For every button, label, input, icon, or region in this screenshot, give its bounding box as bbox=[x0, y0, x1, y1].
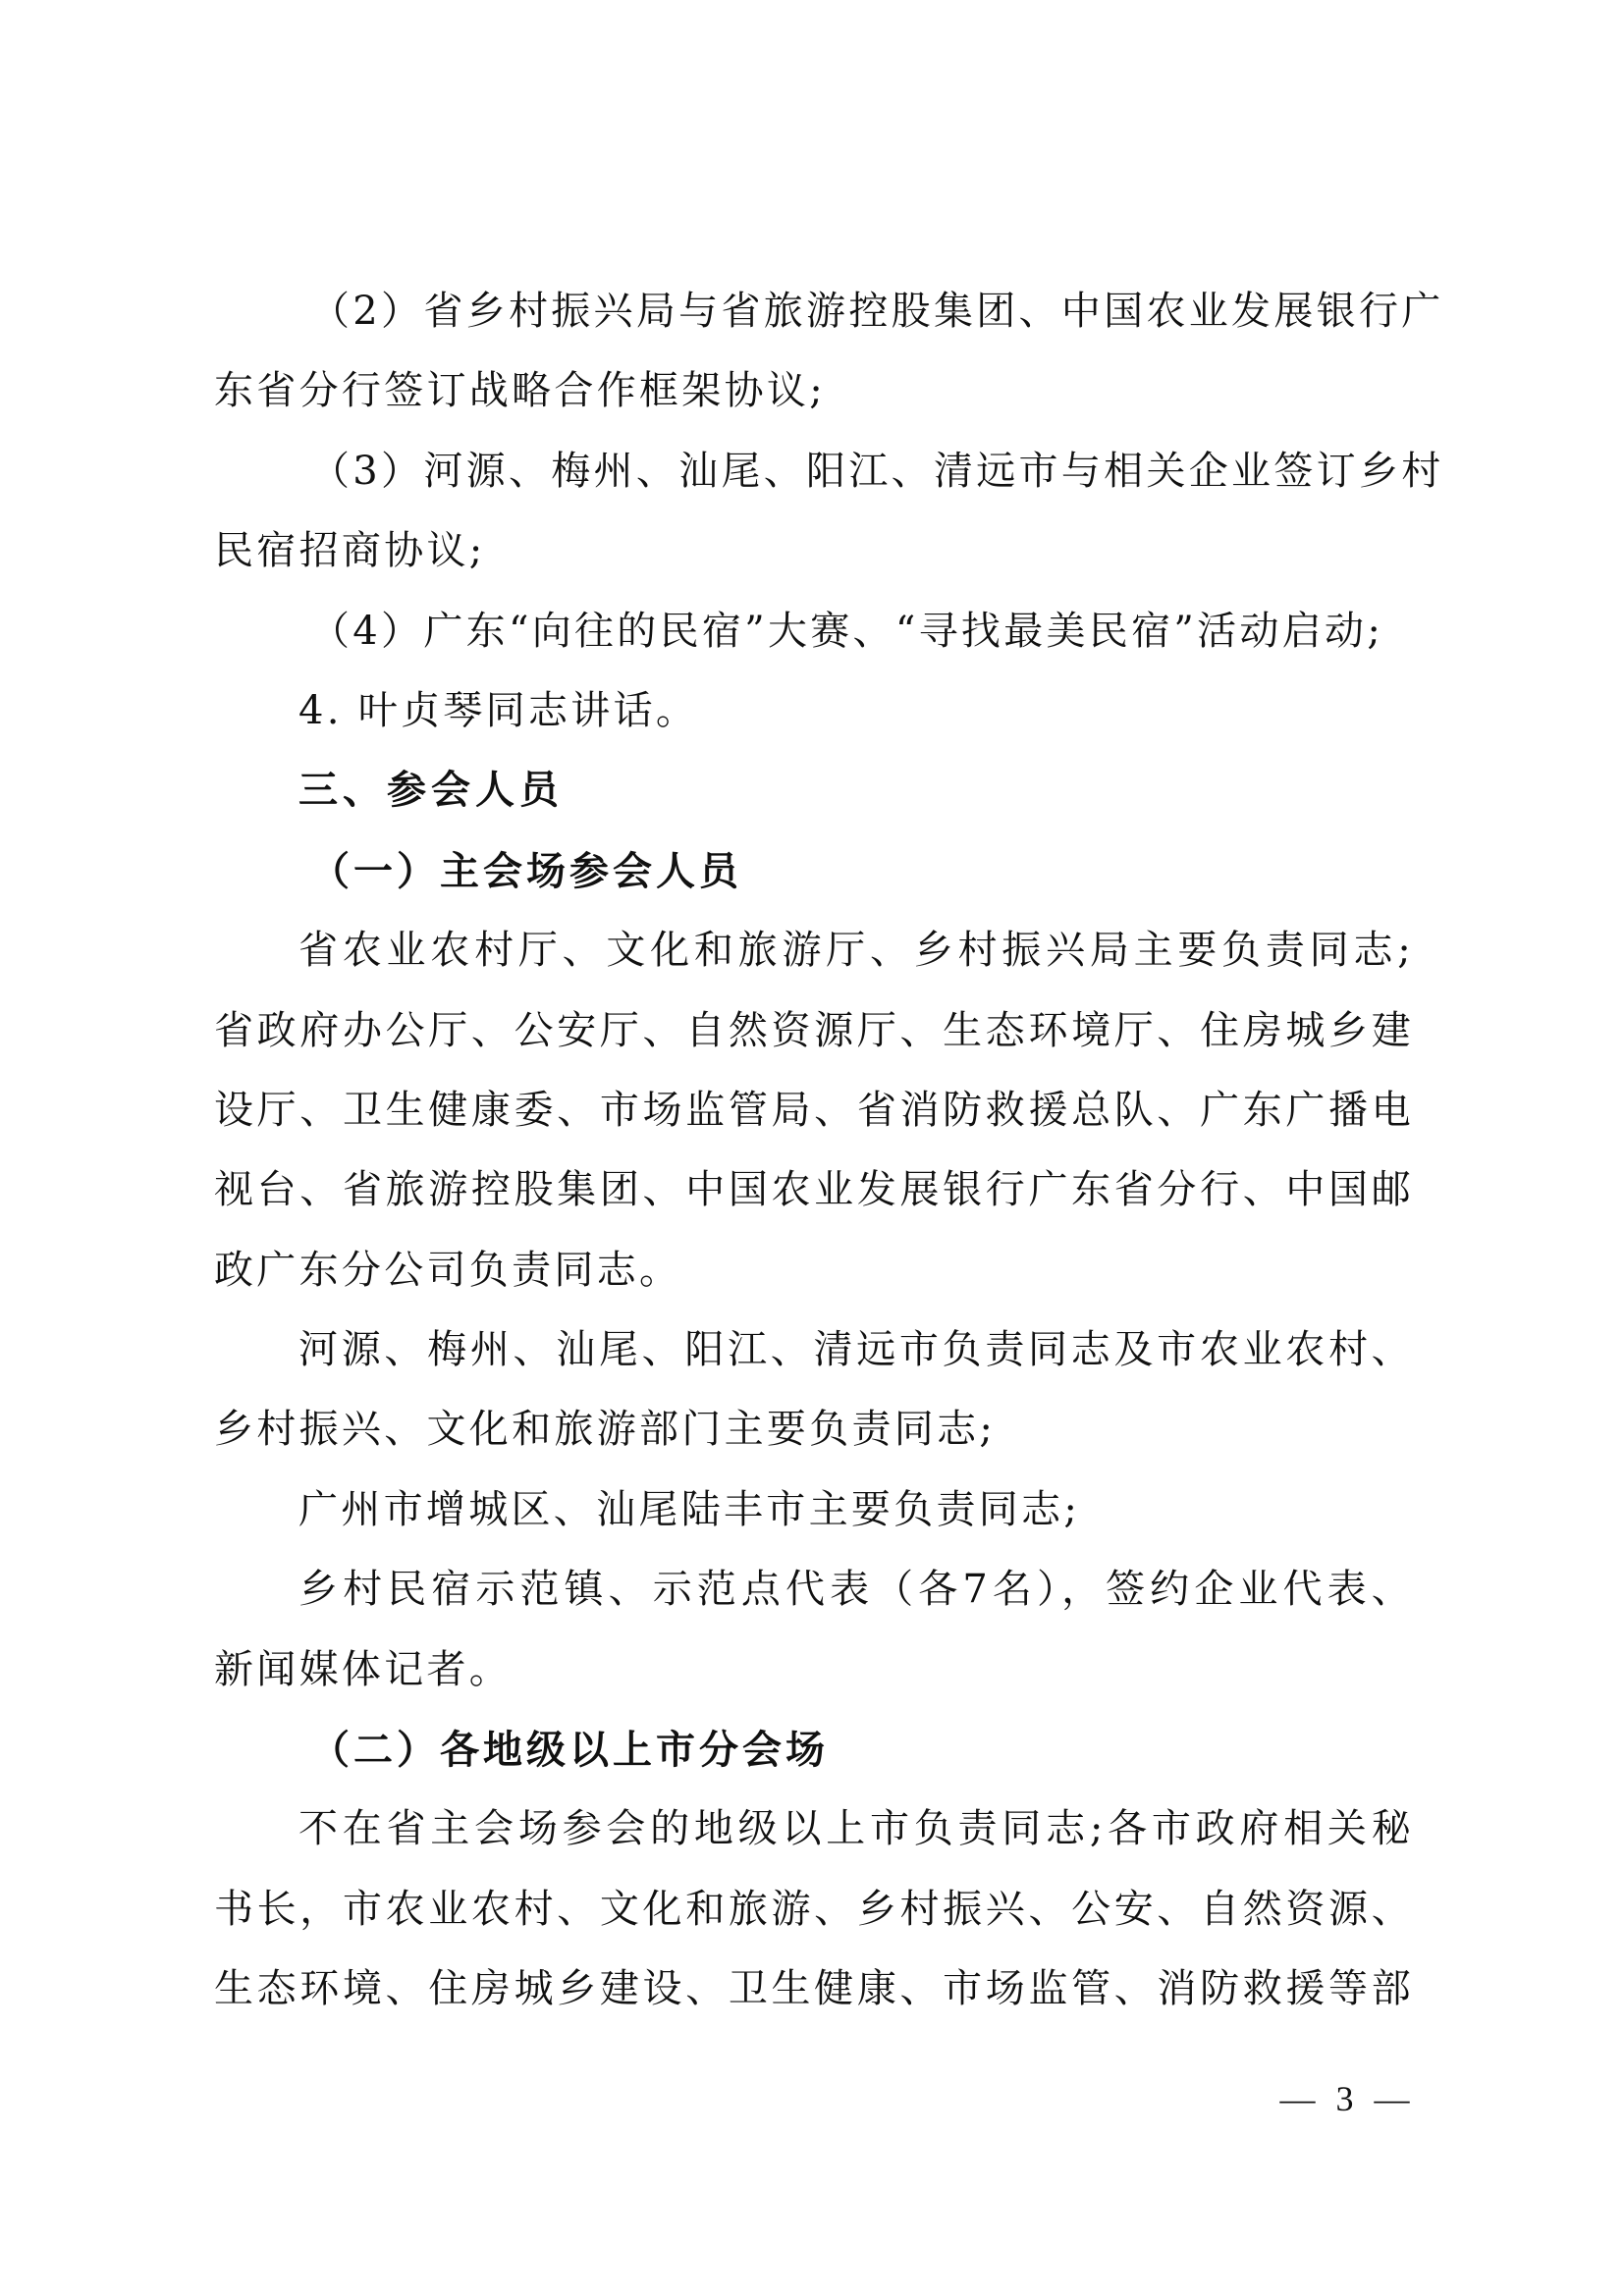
paragraph-line: 乡村振兴、文化和旅游部门主要负责同志; bbox=[214, 1390, 1414, 1469]
page-number: — 3 — bbox=[1276, 2076, 1419, 2121]
paragraph-line: 省农业农村厅、文化和旅游厅、乡村振兴局主要负责同志; bbox=[214, 911, 1414, 990]
paragraph-line: （4）广东“向往的民宿”大赛、“寻找最美民宿”活动启动; bbox=[214, 592, 1414, 671]
paragraph-line: 广州市增城区、汕尾陆丰市主要负责同志; bbox=[214, 1470, 1414, 1550]
paragraph-line: 设厅、卫生健康委、市场监管局、省消防救援总队、广东广播电 bbox=[214, 1071, 1414, 1150]
paragraph-line: 河源、梅州、汕尾、阳江、清远市负责同志及市农业农村、 bbox=[214, 1310, 1414, 1390]
paragraph-line: 新闻媒体记者。 bbox=[214, 1630, 1414, 1710]
paragraph-line: 政广东分公司负责同志。 bbox=[214, 1231, 1414, 1310]
paragraph-line: 书长，市农业农村、文化和旅游、乡村振兴、公安、自然资源、 bbox=[214, 1870, 1414, 1949]
document-page: （2）省乡村振兴局与省旅游控股集团、中国农业发展银行广 东省分行签订战略合作框架… bbox=[0, 0, 1624, 2296]
paragraph-line: 省政府办公厅、公安厅、自然资源厅、生态环境厅、住房城乡建 bbox=[214, 991, 1414, 1071]
subsection-heading: （二）各地级以上市分会场 bbox=[214, 1710, 1414, 1789]
paragraph-line: （2）省乡村振兴局与省旅游控股集团、中国农业发展银行广 bbox=[214, 272, 1414, 351]
paragraph-line: 生态环境、住房城乡建设、卫生健康、市场监管、消防救援等部 bbox=[214, 1949, 1414, 2029]
section-heading: 三、参会人员 bbox=[214, 751, 1414, 830]
paragraph-line: 东省分行签订战略合作框架协议; bbox=[214, 351, 1414, 431]
paragraph-line: （3）河源、梅州、汕尾、阳江、清远市与相关企业签订乡村 bbox=[214, 432, 1414, 511]
paragraph-line: 民宿招商协议; bbox=[214, 511, 1414, 591]
subsection-heading: （一）主会场参会人员 bbox=[214, 831, 1414, 911]
paragraph-line: 视台、省旅游控股集团、中国农业发展银行广东省分行、中国邮 bbox=[214, 1150, 1414, 1230]
paragraph-line: 不在省主会场参会的地级以上市负责同志;各市政府相关秘 bbox=[214, 1789, 1414, 1869]
paragraph-line: 乡村民宿示范镇、示范点代表（各7名），签约企业代表、 bbox=[214, 1550, 1414, 1629]
document-body: （2）省乡村振兴局与省旅游控股集团、中国农业发展银行广 东省分行签订战略合作框架… bbox=[214, 272, 1414, 2030]
paragraph-line: 4. 叶贞琴同志讲话。 bbox=[214, 671, 1414, 751]
